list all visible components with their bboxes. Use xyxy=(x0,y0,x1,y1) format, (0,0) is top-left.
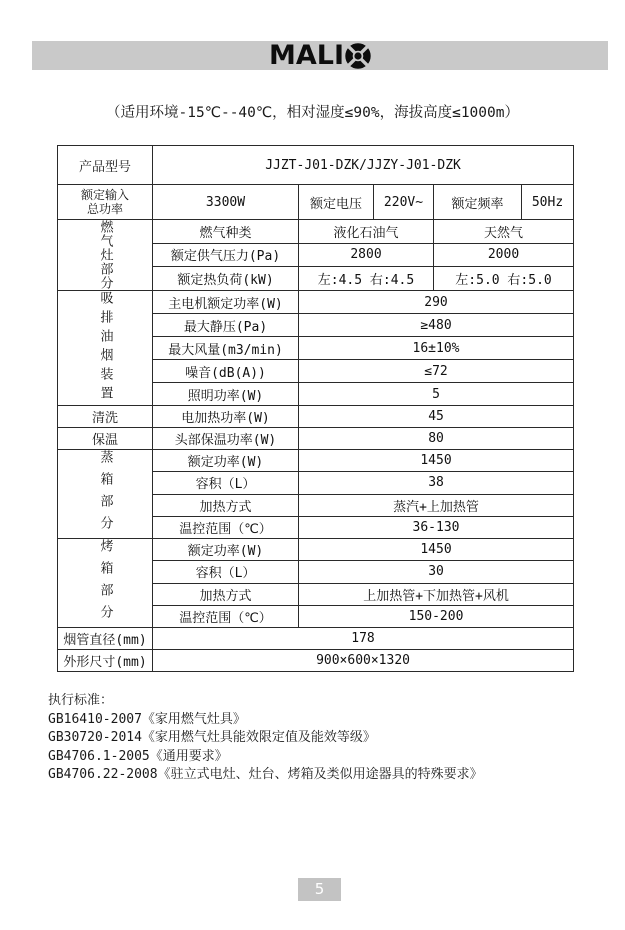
spec-value-cell: 5 xyxy=(299,383,574,406)
steamer-category-cell: 蒸箱部分 xyxy=(58,450,153,539)
frequency-label-cell: 额定频率 xyxy=(434,185,522,220)
spec-attr-cell: 最大静压(Pa) xyxy=(153,314,299,337)
steamer-category-label: 蒸箱部分 xyxy=(99,450,112,538)
spec-value-cell: 30 xyxy=(299,561,574,583)
standard-item: GB16410-2007《家用燃气灶具》 xyxy=(48,711,483,730)
page-number-badge: 5 xyxy=(298,878,341,901)
table-row: 清洗 电加热功率(W) 45 xyxy=(58,406,574,428)
spec-value-cell: 16±10% xyxy=(299,337,574,360)
table-row: 吸排油烟装置 主电机额定功率(W) 290 xyxy=(58,291,574,314)
duct-value-cell: 178 xyxy=(153,628,574,650)
table-row: 额定输入 总功率 3300W 额定电压 220V~ 额定频率 50Hz xyxy=(58,185,574,220)
standard-item: GB4706.1-2005《通用要求》 xyxy=(48,748,483,767)
spec-attr-cell: 加热方式 xyxy=(153,494,299,516)
spec-attr-cell: 燃气种类 xyxy=(153,220,299,244)
dimensions-label-cell: 外形尺寸(mm) xyxy=(58,650,153,672)
table-row: 外形尺寸(mm) 900×600×1320 xyxy=(58,650,574,672)
table-row: 产品型号 JJZT-J01-DZK/JJZY-J01-DZK xyxy=(58,146,574,185)
table-row: 保温 头部保温功率(W) 80 xyxy=(58,428,574,450)
spec-value-cell: 蒸汽+上加热管 xyxy=(299,494,574,516)
oven-category-label: 烤箱部分 xyxy=(99,539,112,627)
spec-attr-cell: 额定功率(W) xyxy=(153,539,299,561)
power-label-line1: 额定输入 xyxy=(60,188,150,202)
brand-logo-text: MALI xyxy=(269,42,344,69)
oven-category-cell: 烤箱部分 xyxy=(58,539,153,628)
spec-table: 产品型号 JJZT-J01-DZK/JJZY-J01-DZK 额定输入 总功率 … xyxy=(57,145,574,672)
spec-value-cell: 38 xyxy=(299,472,574,494)
spec-attr-cell: 噪音(dB(A)) xyxy=(153,360,299,383)
spec-value-cell: 290 xyxy=(299,291,574,314)
standards-title: 执行标准： xyxy=(48,692,483,711)
voltage-value-cell: 220V~ xyxy=(374,185,434,220)
spec-value-cell: 1450 xyxy=(299,450,574,472)
model-label-cell: 产品型号 xyxy=(58,146,153,185)
spec-value-cell: 80 xyxy=(299,428,574,450)
gas-ng-cell: 左:5.0 右:5.0 xyxy=(434,267,574,291)
gas-category-cell: 燃气灶部分 xyxy=(58,220,153,291)
power-label-line2: 总功率 xyxy=(60,202,150,216)
hood-category-label: 吸排油烟装置 xyxy=(99,291,112,405)
table-row: 蒸箱部分 额定功率(W) 1450 xyxy=(58,450,574,472)
logo-quadrant-circle-icon xyxy=(345,43,371,69)
spec-attr-cell: 额定功率(W) xyxy=(153,450,299,472)
gas-lpg-cell: 液化石油气 xyxy=(299,220,434,244)
frequency-value-cell: 50Hz xyxy=(522,185,574,220)
standard-item: GB4706.22-2008《驻立式电灶、灶台、烤箱及类似用途器具的特殊要求》 xyxy=(48,766,483,785)
spec-value-cell: 150-200 xyxy=(299,605,574,627)
total-power-cell: 3300W xyxy=(153,185,299,220)
model-value-cell: JJZT-J01-DZK/JJZY-J01-DZK xyxy=(153,146,574,185)
spec-value-cell: 上加热管+下加热管+风机 xyxy=(299,583,574,605)
spec-value-cell: 45 xyxy=(299,406,574,428)
spec-attr-cell: 温控范围（℃） xyxy=(153,516,299,538)
spec-attr-cell: 容积（L） xyxy=(153,561,299,583)
gas-lpg-cell: 左:4.5 右:4.5 xyxy=(299,267,434,291)
voltage-label-cell: 额定电压 xyxy=(299,185,374,220)
hood-category-cell: 吸排油烟装置 xyxy=(58,291,153,406)
spec-attr-cell: 额定热负荷(kW) xyxy=(153,267,299,291)
table-row: 燃气灶部分 燃气种类 液化石油气 天然气 xyxy=(58,220,574,244)
spec-value-cell: 1450 xyxy=(299,539,574,561)
standards-block: 执行标准： GB16410-2007《家用燃气灶具》 GB30720-2014《… xyxy=(48,692,483,785)
duct-label-cell: 烟管直径(mm) xyxy=(58,628,153,650)
spec-value-cell: ≥480 xyxy=(299,314,574,337)
spec-attr-cell: 头部保温功率(W) xyxy=(153,428,299,450)
spec-attr-cell: 加热方式 xyxy=(153,583,299,605)
gas-category-label: 燃气灶部分 xyxy=(99,220,112,290)
spec-attr-cell: 容积（L） xyxy=(153,472,299,494)
spec-value-cell: 36-130 xyxy=(299,516,574,538)
gas-lpg-cell: 2800 xyxy=(299,243,434,267)
power-label-cell: 额定输入 总功率 xyxy=(58,185,153,220)
standard-item: GB30720-2014《家用燃气灶具能效限定值及能效等级》 xyxy=(48,729,483,748)
warming-category-cell: 保温 xyxy=(58,428,153,450)
spec-attr-cell: 温控范围（℃） xyxy=(153,605,299,627)
dimensions-value-cell: 900×600×1320 xyxy=(153,650,574,672)
table-row: 烟管直径(mm) 178 xyxy=(58,628,574,650)
spec-attr-cell: 最大风量(m3/min) xyxy=(153,337,299,360)
spec-attr-cell: 电加热功率(W) xyxy=(153,406,299,428)
spec-value-cell: ≤72 xyxy=(299,360,574,383)
spec-sheet-page: MALI （适用环境-15℃--40℃，相对湿度≤90%，海拔高度≤1000m）… xyxy=(0,0,625,930)
gas-ng-cell: 天然气 xyxy=(434,220,574,244)
table-row: 烤箱部分 额定功率(W) 1450 xyxy=(58,539,574,561)
spec-attr-cell: 照明功率(W) xyxy=(153,383,299,406)
cleaning-category-cell: 清洗 xyxy=(58,406,153,428)
spec-attr-cell: 额定供气压力(Pa) xyxy=(153,243,299,267)
environment-note: （适用环境-15℃--40℃，相对湿度≤90%，海拔高度≤1000m） xyxy=(0,101,625,122)
spec-attr-cell: 主电机额定功率(W) xyxy=(153,291,299,314)
gas-ng-cell: 2000 xyxy=(434,243,574,267)
brand-bar: MALI xyxy=(32,41,608,70)
